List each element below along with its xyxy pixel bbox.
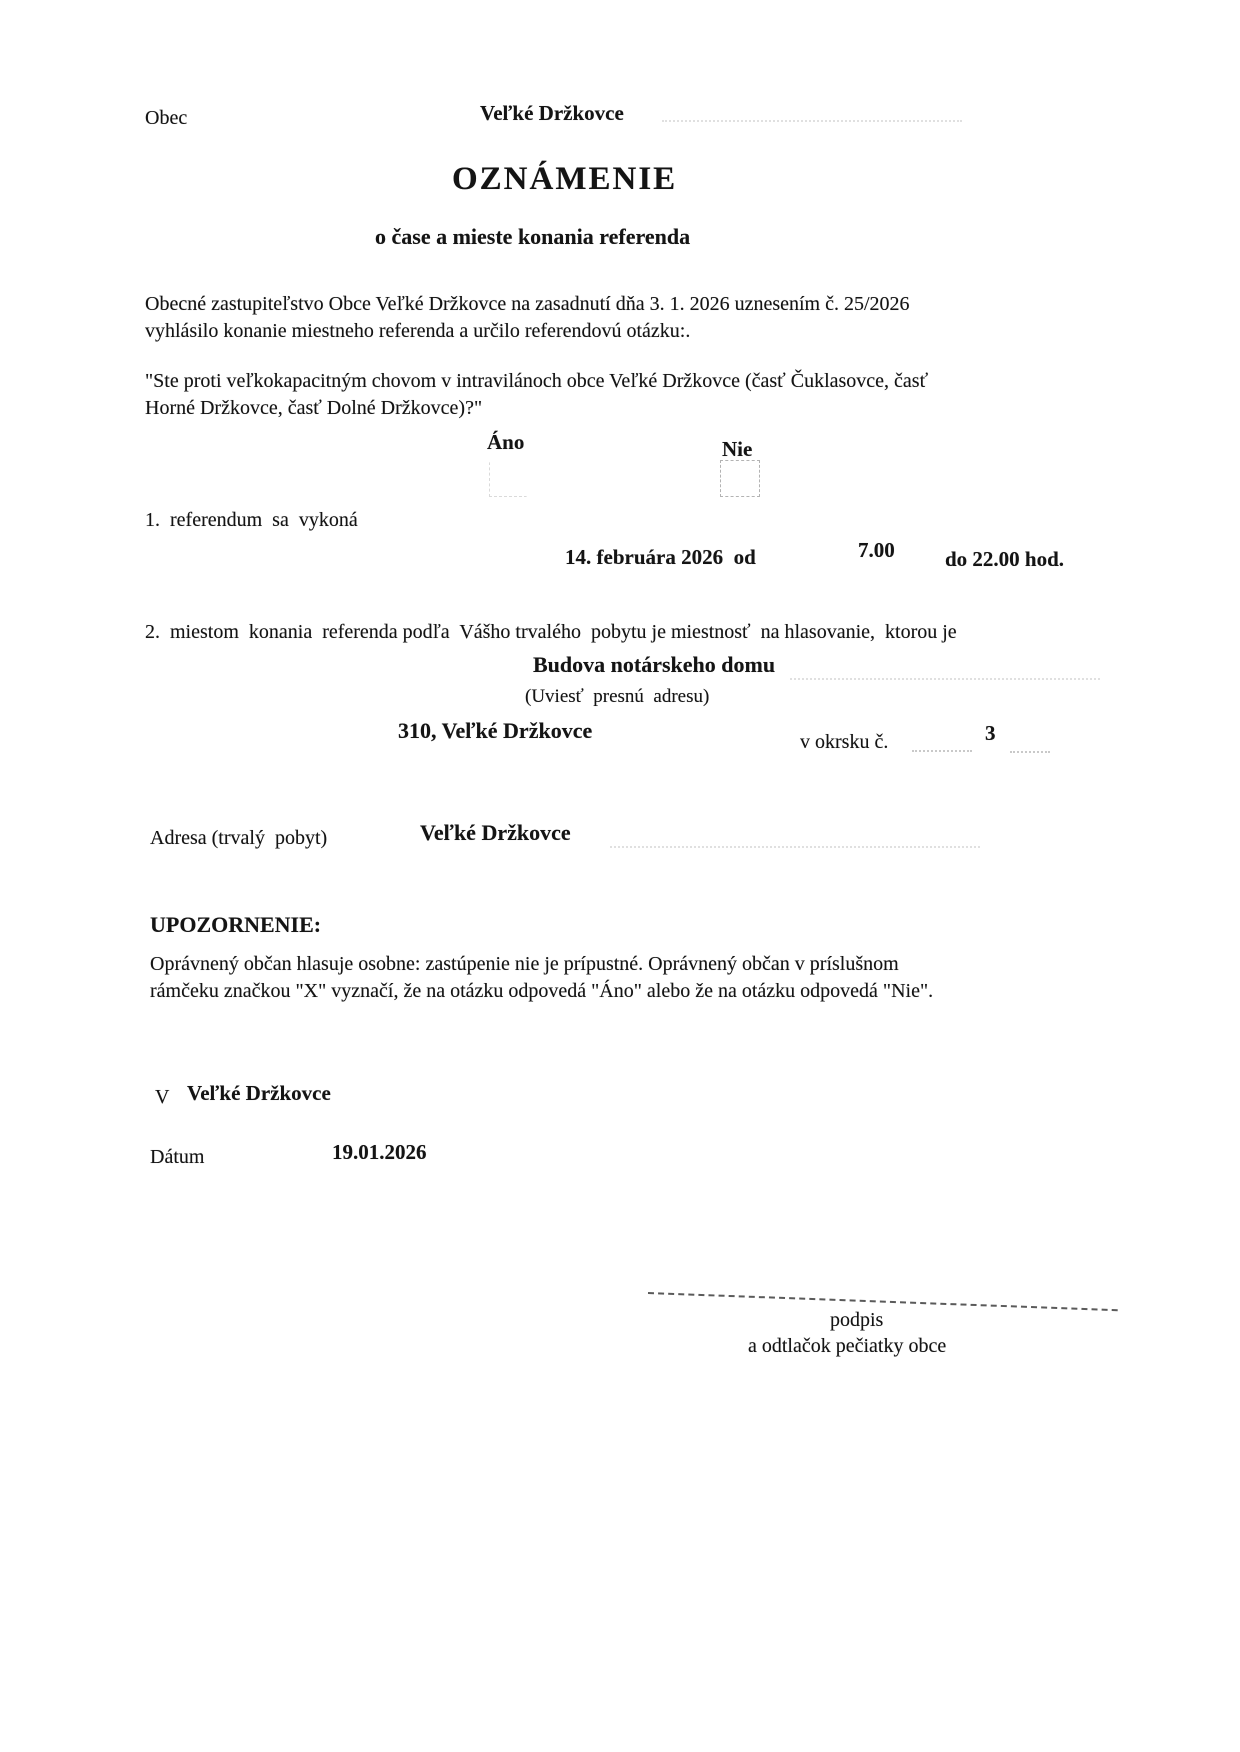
signature-caption-line1: podpis	[830, 1308, 883, 1332]
referendum-question-line1: "Ste proti veľkokapacitným chovom v intr…	[145, 369, 928, 393]
district-number-dotted-line	[912, 750, 972, 752]
municipality-value: Veľké Držkovce	[480, 101, 624, 126]
answer-no-label: Nie	[722, 437, 752, 462]
item1-text: 1. referendum sa vykoná	[145, 508, 358, 532]
document-subtitle: o čase a mieste konania referenda	[375, 224, 690, 250]
issued-date-value: 19.01.2026	[332, 1140, 427, 1165]
document-title: OZNÁMENIE	[452, 160, 677, 200]
warning-line1: Oprávnený občan hlasuje osobne: zastúpen…	[150, 952, 899, 976]
scan-artifact-dotted-line	[610, 846, 980, 848]
scan-artifact-dotted-line	[790, 678, 1100, 680]
warning-title: UPOZORNENIE:	[150, 912, 321, 938]
warning-line2: rámčeku značkou "X" vyznačí, že na otázk…	[150, 979, 933, 1003]
residence-label: Adresa (trvalý pobyt)	[150, 826, 327, 850]
answer-yes-checkbox	[489, 462, 527, 497]
item2-text: 2. miestom konania referenda podľa Vášho…	[145, 620, 957, 644]
municipality-label: Obec	[145, 106, 187, 130]
polling-place-name: Budova notárskeho domu	[533, 652, 775, 678]
district-number: 3	[985, 721, 996, 746]
scan-artifact-dotted-line	[662, 120, 962, 122]
district-number-dotted-line-2	[1010, 751, 1050, 753]
signature-caption-line2: a odtlačok pečiatky obce	[748, 1334, 946, 1358]
referendum-question-line2: Horné Držkovce, časť Dolné Držkovce)?"	[145, 396, 482, 420]
district-label: v okrsku č.	[800, 730, 888, 754]
intro-paragraph-line2: vyhlásilo konanie miestneho referenda a …	[145, 319, 690, 343]
issued-date-label: Dátum	[150, 1145, 204, 1169]
polling-place-address: 310, Veľké Držkovce	[398, 718, 592, 744]
referendum-time-from: 7.00	[858, 538, 895, 563]
residence-value: Veľké Držkovce	[420, 820, 571, 846]
referendum-time-to: do 22.00 hod.	[945, 547, 1064, 572]
polling-place-hint: (Uviesť presnú adresu)	[525, 686, 709, 709]
issued-in-value: Veľké Držkovce	[187, 1081, 331, 1106]
answer-yes-label: Áno	[487, 430, 524, 455]
intro-paragraph-line1: Obecné zastupiteľstvo Obce Veľké Držkovc…	[145, 292, 910, 316]
answer-no-checkbox	[720, 460, 760, 497]
scanned-referendum-notice-document: Obec Veľké Držkovce OZNÁMENIE o čase a m…	[0, 0, 1240, 1752]
issued-in-label: V	[155, 1085, 169, 1109]
referendum-date: 14. februára 2026 od	[565, 545, 756, 570]
